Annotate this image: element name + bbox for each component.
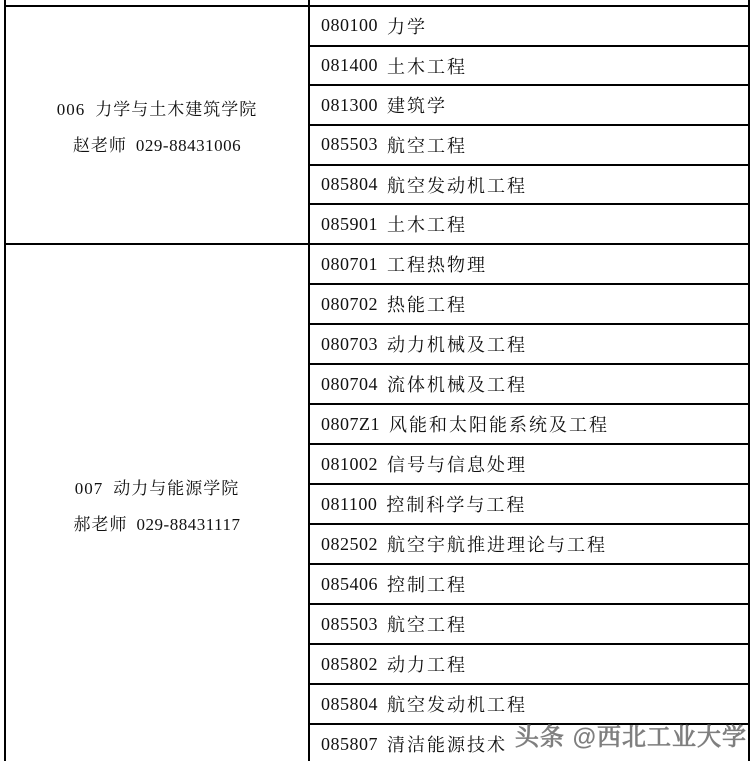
- program-code: 0807Z1: [321, 414, 380, 435]
- department-cell: 006力学与土木建筑学院赵老师029-88431006: [6, 7, 310, 243]
- program-name: 航空发动机工程: [387, 691, 527, 717]
- program-name: 航空发动机工程: [387, 172, 527, 198]
- program-row: 080702热能工程: [310, 283, 748, 323]
- program-row: 081300建筑学: [310, 84, 748, 124]
- department-code: 006: [57, 100, 86, 119]
- program-name: 土木工程: [387, 53, 467, 79]
- contact-phone: 029-88431006: [136, 136, 241, 155]
- department-cell: 007动力与能源学院郝老师029-88431117: [6, 245, 310, 761]
- program-code: 085503: [321, 614, 378, 635]
- program-code: 081002: [321, 454, 378, 475]
- department-contact: 赵老师029-88431006: [73, 131, 241, 156]
- program-name: 信号与信息处理: [387, 451, 527, 477]
- contact-person: 赵老师: [73, 136, 127, 155]
- program-name: 工程热物理: [387, 251, 487, 277]
- program-name: 动力机械及工程: [387, 331, 527, 357]
- program-name: 动力工程: [387, 651, 467, 677]
- table-crop-top-gap-left: [6, 0, 310, 5]
- contact-phone: 029-88431117: [137, 515, 241, 534]
- department-programs-table: 006力学与土木建筑学院赵老师029-88431006080100力学08140…: [4, 0, 750, 761]
- program-code: 081300: [321, 95, 378, 116]
- program-code: 080100: [321, 15, 378, 36]
- program-row: 0807Z1风能和太阳能系统及工程: [310, 403, 748, 443]
- program-name: 航空宇航推进理论与工程: [387, 531, 607, 557]
- contact-person: 郝老师: [74, 515, 128, 534]
- department-name: 动力与能源学院: [113, 479, 239, 498]
- program-list: 080701工程热物理080702热能工程080703动力机械及工程080704…: [310, 245, 748, 761]
- program-name: 清洁能源技术: [387, 731, 507, 757]
- program-row: 081002信号与信息处理: [310, 443, 748, 483]
- program-name: 土木工程: [387, 211, 467, 237]
- program-name: 控制科学与工程: [386, 491, 526, 517]
- program-name: 力学: [387, 13, 427, 39]
- program-row: 085804航空发动机工程: [310, 164, 748, 204]
- program-code: 080703: [321, 334, 378, 355]
- program-name: 建筑学: [387, 92, 447, 118]
- watermark: 头条 @西北工业大学: [515, 717, 747, 752]
- department-title: 007动力与能源学院: [75, 474, 240, 499]
- program-row: 085901土木工程: [310, 203, 748, 243]
- program-row: 082502航空宇航推进理论与工程: [310, 523, 748, 563]
- program-code: 085406: [321, 574, 378, 595]
- program-row: 085802动力工程: [310, 643, 748, 683]
- program-code: 085807: [321, 734, 378, 755]
- program-code: 085804: [321, 694, 378, 715]
- department-block: 006力学与土木建筑学院赵老师029-88431006080100力学08140…: [6, 5, 748, 243]
- program-name: 航空工程: [387, 132, 467, 158]
- program-row: 081100控制科学与工程: [310, 483, 748, 523]
- program-name: 风能和太阳能系统及工程: [389, 411, 609, 437]
- program-row: 085406控制工程: [310, 563, 748, 603]
- program-name: 热能工程: [387, 291, 467, 317]
- program-row: 080100力学: [310, 7, 748, 45]
- program-code: 080704: [321, 374, 378, 395]
- program-code: 085804: [321, 174, 378, 195]
- program-name: 控制工程: [387, 571, 467, 597]
- program-list: 080100力学081400土木工程081300建筑学085503航空工程085…: [310, 7, 748, 243]
- program-row: 081400土木工程: [310, 45, 748, 85]
- program-row: 085503航空工程: [310, 124, 748, 164]
- program-row: 085503航空工程: [310, 603, 748, 643]
- department-contact: 郝老师029-88431117: [74, 510, 241, 535]
- program-name: 航空工程: [387, 611, 467, 637]
- department-name: 力学与土木建筑学院: [95, 100, 257, 119]
- program-code: 081100: [321, 494, 377, 515]
- program-code: 082502: [321, 534, 378, 555]
- program-row: 080704流体机械及工程: [310, 363, 748, 403]
- department-title: 006力学与土木建筑学院: [57, 95, 258, 120]
- program-code: 085503: [321, 134, 378, 155]
- program-code: 080701: [321, 254, 378, 275]
- department-code: 007: [75, 479, 104, 498]
- program-code: 080702: [321, 294, 378, 315]
- program-name: 流体机械及工程: [387, 371, 527, 397]
- program-code: 081400: [321, 55, 378, 76]
- program-code: 085901: [321, 214, 378, 235]
- program-row: 080701工程热物理: [310, 245, 748, 283]
- department-block: 007动力与能源学院郝老师029-88431117080701工程热物理0807…: [6, 243, 748, 761]
- program-code: 085802: [321, 654, 378, 675]
- program-row: 080703动力机械及工程: [310, 323, 748, 363]
